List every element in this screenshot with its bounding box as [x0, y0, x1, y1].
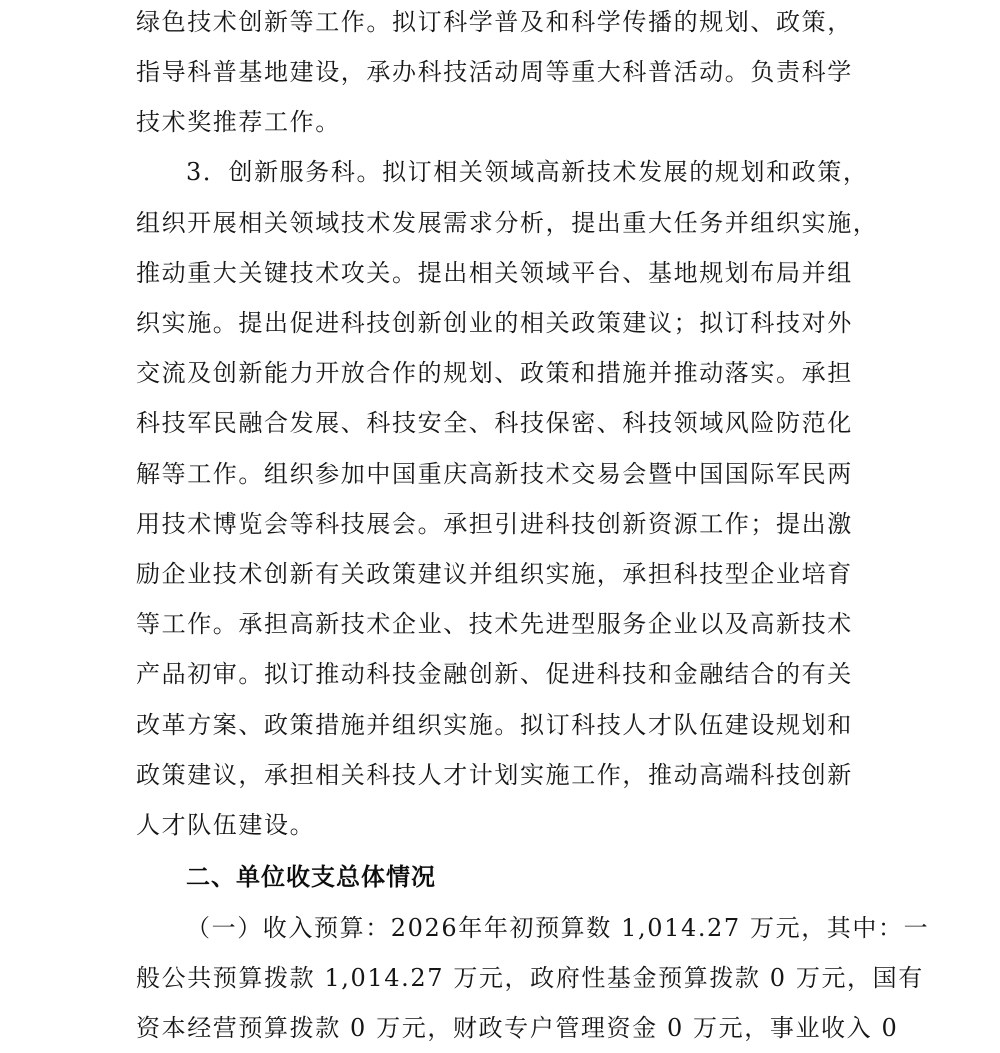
paragraph-2-line-3: 推动重大关键技术攻关。提出相关领域平台、基地规划布局并组: [136, 258, 853, 288]
document-page: 绿色技术创新等工作。拟订科学普及和科学传播的规划、政策， 指导科普基地建设，承办…: [0, 0, 1000, 1053]
paragraph-2-line-13: 政策建议，承担相关科技人才计划实施工作，推动高端科技创新: [136, 760, 853, 790]
section-heading: 二、单位收支总体情况: [186, 862, 436, 892]
paragraph-2-line-14: 人才队伍建设。: [136, 810, 315, 840]
paragraph-2-line-12: 改革方案、政策措施并组织实施。拟订科技人才队伍建设规划和: [136, 710, 853, 740]
paragraph-2-line-9: 励企业技术创新有关政策建议并组织实施，承担科技型企业培育: [136, 559, 853, 589]
paragraph-3-line-1: （一）收入预算：2026年年初预算数 1,014.27 万元，其中：一: [186, 913, 929, 943]
paragraph-2-line-1: 3．创新服务科。拟订相关领域高新技术发展的规划和政策，: [186, 157, 868, 187]
paragraph-2-line-7: 解等工作。组织参加中国重庆高新技术交易会暨中国国际军民两: [136, 459, 853, 489]
paragraph-2-line-5: 交流及创新能力开放合作的规划、政策和措施并推动落实。承担: [136, 358, 853, 388]
paragraph-2-line-8: 用技术博览会等科技展会。承担引进科技创新资源工作；提出激: [136, 509, 853, 539]
paragraph-1-line-2: 指导科普基地建设，承办科技活动周等重大科普活动。负责科学: [136, 57, 853, 87]
paragraph-1-line-1: 绿色技术创新等工作。拟订科学普及和科学传播的规划、政策，: [136, 7, 853, 37]
paragraph-1-line-3: 技术奖推荐工作。: [136, 107, 341, 137]
paragraph-3-line-3: 资本经营预算拨款 0 万元，财政专户管理资金 0 万元，事业收入 0: [136, 1013, 898, 1043]
paragraph-2-line-10: 等工作。承担高新技术企业、技术先进型服务企业以及高新技术: [136, 609, 853, 639]
paragraph-2-line-6: 科技军民融合发展、科技安全、科技保密、科技领域风险防范化: [136, 408, 853, 438]
paragraph-3-line-2: 般公共预算拨款 1,014.27 万元，政府性基金预算拨款 0 万元，国有: [136, 963, 924, 993]
paragraph-2-line-11: 产品初审。拟订推动科技金融创新、促进科技和金融结合的有关: [136, 659, 853, 689]
paragraph-2-line-2: 组织开展相关领域技术发展需求分析，提出重大任务并组织实施，: [136, 208, 878, 238]
paragraph-2-line-4: 织实施。提出促进科技创新创业的相关政策建议；拟订科技对外: [136, 308, 853, 338]
